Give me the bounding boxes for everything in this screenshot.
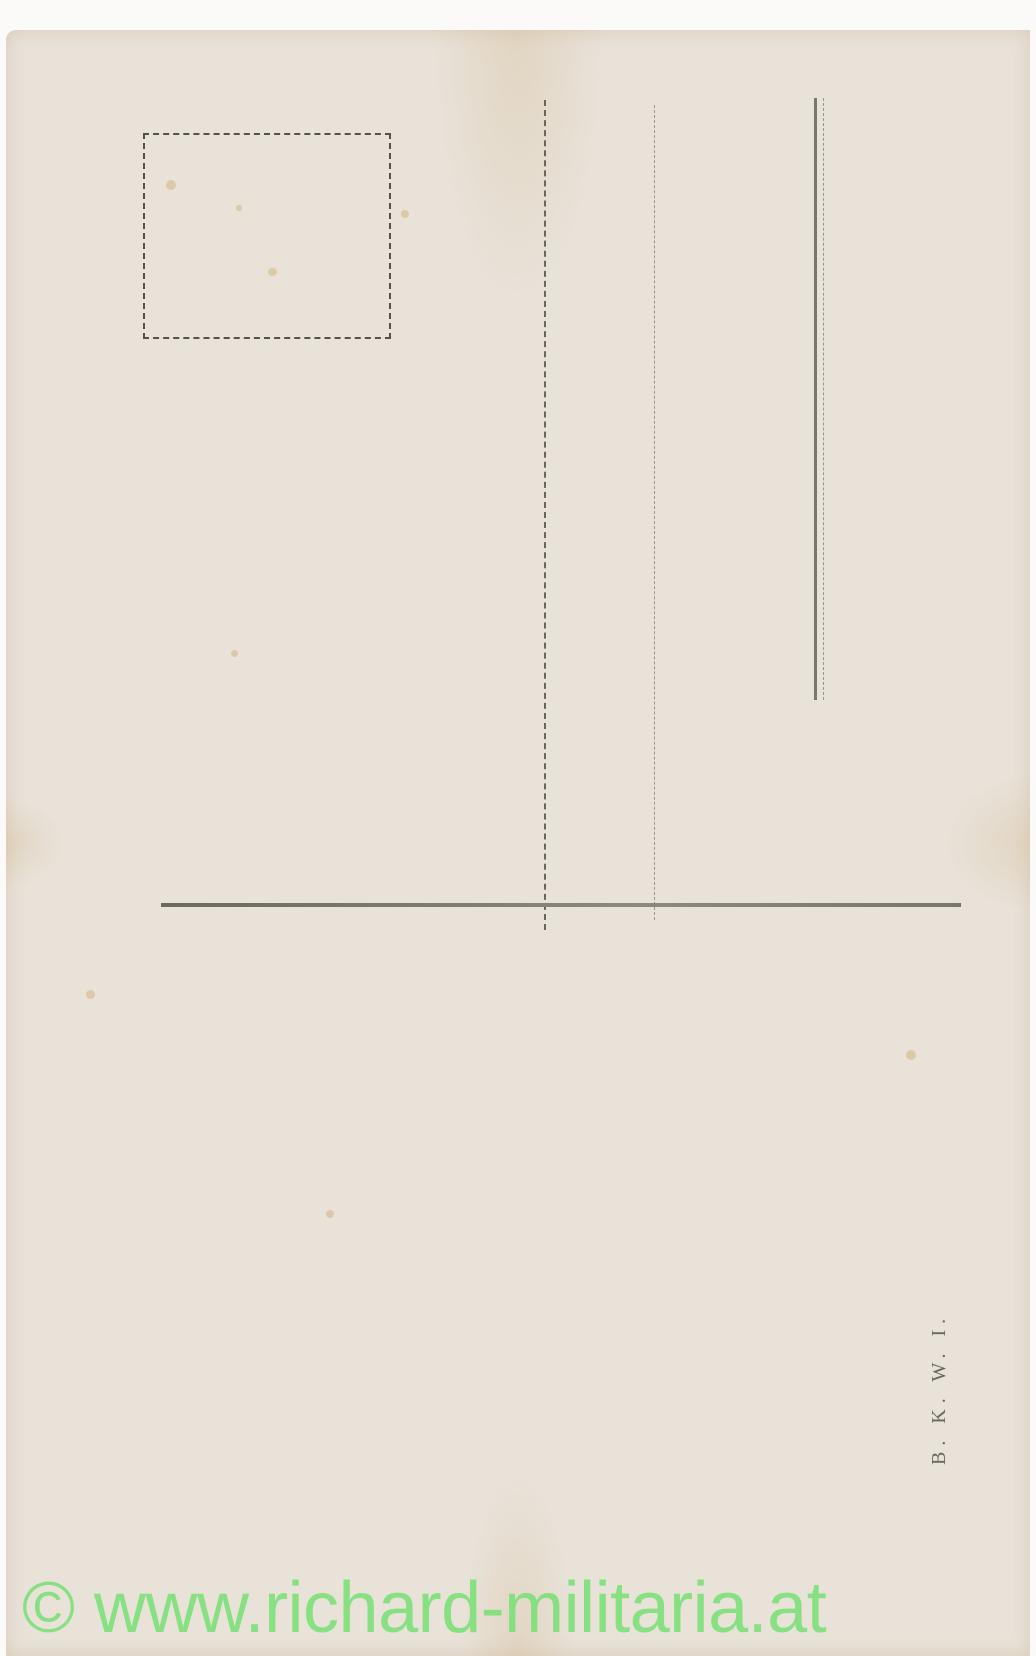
foxing-spot bbox=[236, 205, 242, 211]
foxing-spot bbox=[231, 650, 238, 657]
foxing-spot bbox=[86, 990, 95, 999]
address-rule-vertical bbox=[814, 98, 817, 700]
copyright-watermark: © www.richard-militaria.at bbox=[22, 1568, 1022, 1648]
stamp-placement-box bbox=[143, 133, 391, 339]
foxing-spot bbox=[268, 268, 277, 276]
divider-dashed-line bbox=[544, 100, 546, 930]
foxing-spot bbox=[401, 210, 409, 218]
foxing-spot bbox=[906, 1050, 916, 1060]
divider-dotted-line bbox=[654, 105, 655, 920]
foxing-spot bbox=[326, 1210, 334, 1218]
postcard-back bbox=[6, 30, 1030, 1656]
address-rule-horizontal bbox=[161, 903, 961, 907]
address-rule-dashed bbox=[823, 98, 824, 700]
printer-mark: B. K. W. I. bbox=[928, 1315, 948, 1465]
foxing-spot bbox=[166, 180, 176, 190]
